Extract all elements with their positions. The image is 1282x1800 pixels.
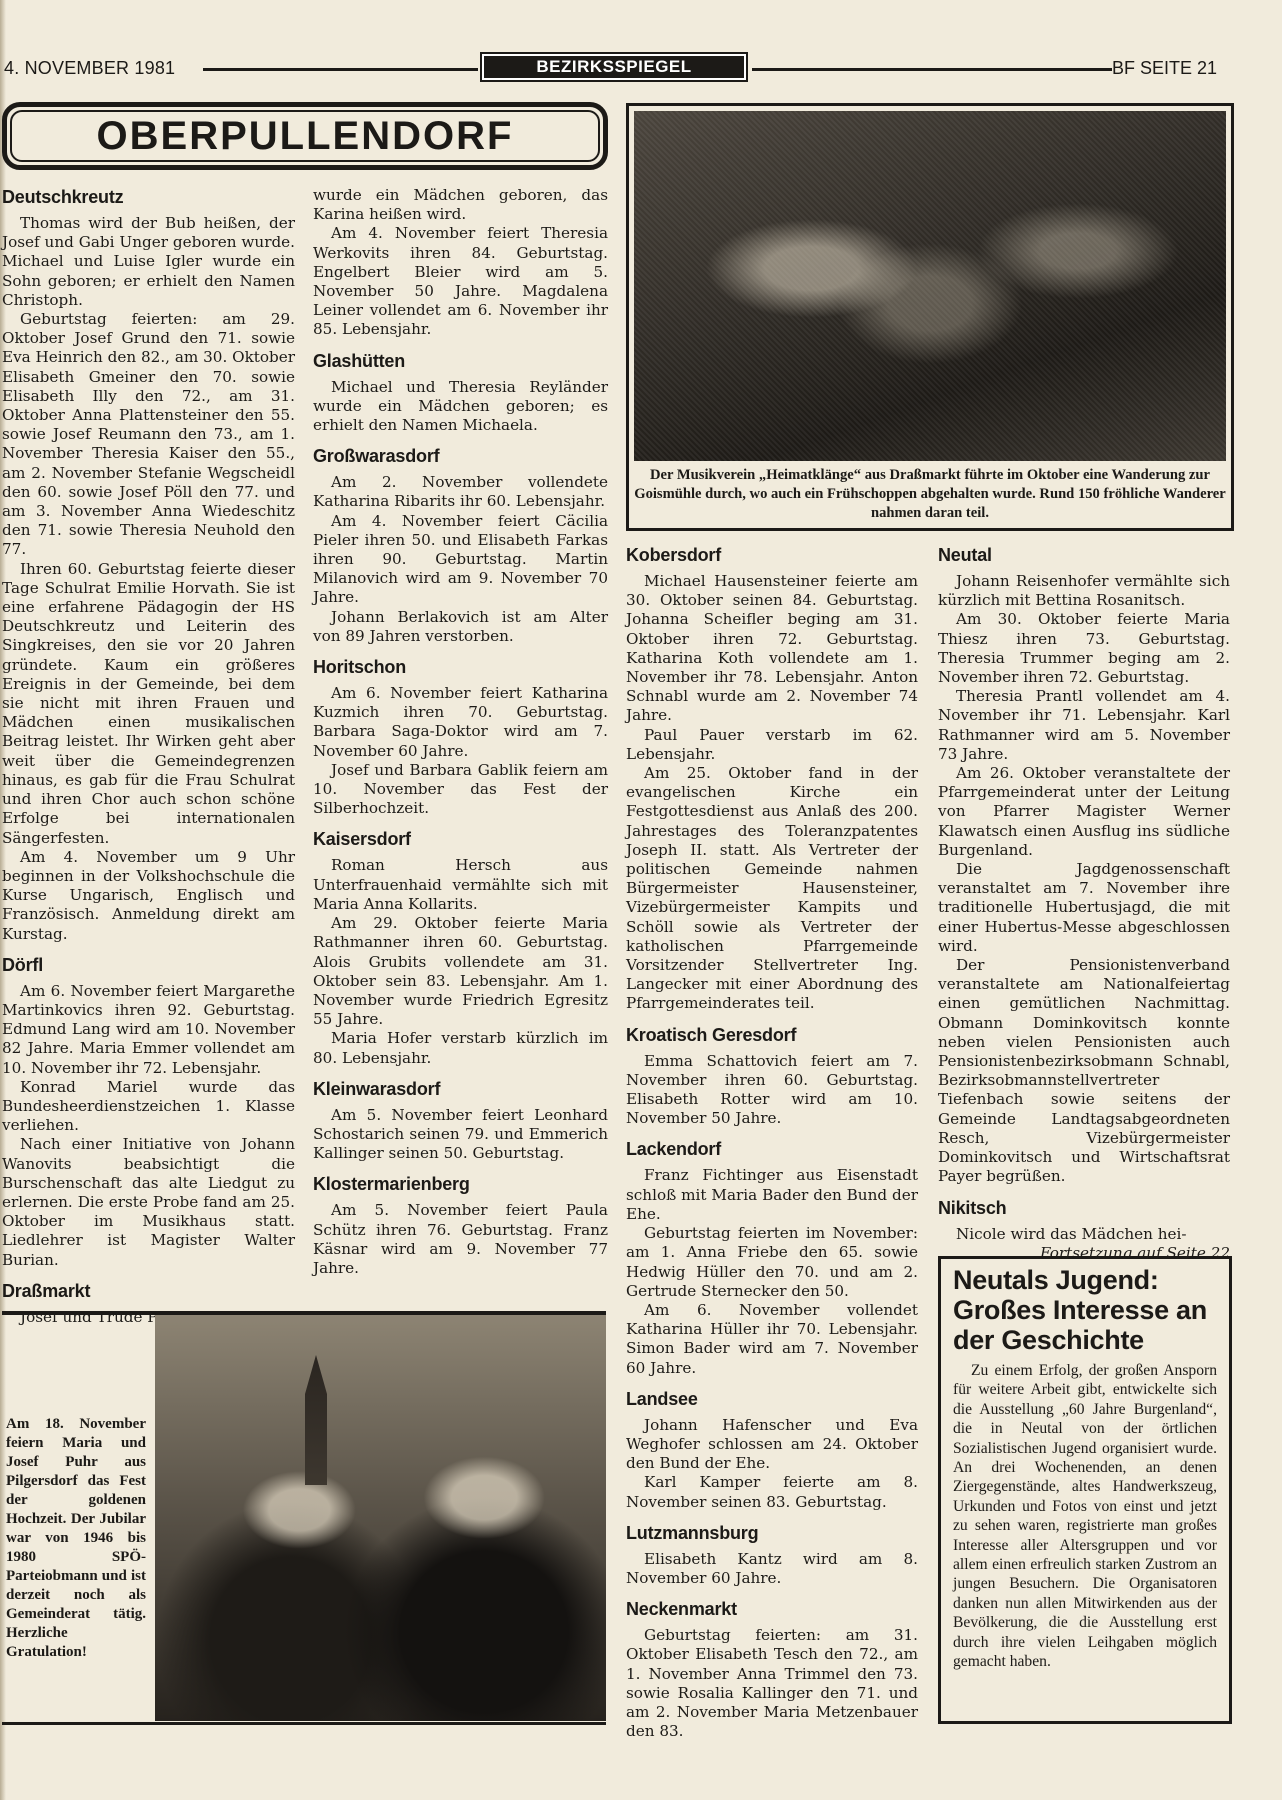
news-paragraph: Emma Schattovich feiert am 7. November i…	[626, 1052, 918, 1129]
town-heading: Kobersdorf	[626, 544, 918, 566]
town-heading: Großwarasdorf	[313, 445, 608, 467]
news-paragraph: Am 29. Oktober feierte Maria Rathmanner …	[313, 914, 608, 1029]
news-paragraph: Am 26. Oktober veranstaltete der Pfarrge…	[938, 764, 1230, 860]
news-paragraph: Theresia Prantl vollendet am 4. November…	[938, 687, 1230, 764]
column-4: NeutalJohann Reisenhofer vermählte sich …	[938, 544, 1230, 1263]
news-paragraph: Am 4. November um 9 Uhr beginnen in der …	[2, 848, 295, 944]
news-paragraph: Roman Hersch aus Unterfrauenhaid vermähl…	[313, 856, 608, 914]
news-paragraph: Die Jagdgenossenschaft veranstaltet am 7…	[938, 860, 1230, 956]
town-heading: Kroatisch Geresdorf	[626, 1024, 918, 1046]
town-heading: Horitschon	[313, 656, 608, 678]
news-paragraph: Geburtstag feierten im November: am 1. A…	[626, 1224, 918, 1301]
town-heading: Kleinwarasdorf	[313, 1078, 608, 1100]
town-heading: Neutal	[938, 544, 1230, 566]
news-paragraph: Johann Berlakovich ist am Alter von 89 J…	[313, 608, 608, 646]
town-heading: Landsee	[626, 1388, 918, 1410]
town-heading: Lackendorf	[626, 1138, 918, 1160]
news-paragraph: Am 4. November feiert Theresia Werkovits…	[313, 224, 608, 339]
news-paragraph: Am 6. November vollendet Katharina Hülle…	[626, 1301, 918, 1378]
boxed-article-headline: Neutals Jugend: Großes Interesse an der …	[953, 1265, 1217, 1355]
news-paragraph: Michael Hausensteiner feierte am 30. Okt…	[626, 572, 918, 726]
photo-hikers-group-icon	[634, 111, 1226, 461]
photo-top-frame: Der Musikverein „Heimatklänge“ aus Draßm…	[626, 103, 1234, 531]
news-paragraph: Geburtstag feierten: am 31. Oktober Elis…	[626, 1626, 918, 1741]
news-paragraph: Am 5. November feiert Leonhard Schostari…	[313, 1106, 608, 1164]
news-paragraph: Am 6. November feiert Katharina Kuzmich …	[313, 684, 608, 761]
photo-top-caption: Der Musikverein „Heimatklänge“ aus Draßm…	[634, 466, 1226, 523]
section-badge: BEZIRKSSPIEGEL	[480, 52, 748, 82]
region-title-box: OBERPULLENDORF	[2, 102, 608, 170]
town-heading: Neckenmarkt	[626, 1598, 918, 1620]
page-number: BF SEITE 21	[1112, 58, 1217, 79]
news-paragraph: Thomas wird der Bub heißen, der Josef un…	[2, 214, 295, 310]
town-heading: Draßmarkt	[2, 1280, 295, 1302]
column-2: wurde ein Mädchen geboren, das Karina he…	[313, 186, 608, 1278]
news-paragraph: Michael und Theresia Reyländer wurde ein…	[313, 378, 608, 436]
boxed-article-body: Zu einem Erfolg, der großen Ansporn für …	[953, 1361, 1217, 1672]
town-heading: Lutzmannsburg	[626, 1522, 918, 1544]
photo-bottom-caption: Am 18. November feiern Maria und Josef P…	[6, 1415, 146, 1662]
church-steeple-icon	[305, 1355, 327, 1485]
issue-date: 4. NOVEMBER 1981	[4, 58, 175, 79]
town-heading: Dörfl	[2, 954, 295, 976]
news-paragraph: Der Pensionistenverband veranstaltete am…	[938, 956, 1230, 1186]
region-title: OBERPULLENDORF	[10, 110, 600, 162]
town-heading: Nikitsch	[938, 1197, 1230, 1219]
news-paragraph: Maria Hofer verstarb kürzlich im 80. Leb…	[313, 1029, 608, 1067]
news-paragraph: Am 6. November feiert Margarethe Martink…	[2, 982, 295, 1078]
news-paragraph: Am 4. November feiert Cäcilia Pieler ihr…	[313, 512, 608, 608]
newspaper-page: 4. NOVEMBER 1981 BEZIRKSSPIEGEL BF SEITE…	[0, 0, 1282, 1800]
news-paragraph: wurde ein Mädchen geboren, das Karina he…	[313, 186, 608, 224]
news-paragraph: Johann Reisenhofer vermählte sich kürzli…	[938, 572, 1230, 610]
masthead-rule-right	[752, 68, 1112, 71]
column-3: KobersdorfMichael Hausensteiner feierte …	[626, 544, 918, 1741]
column-1: DeutschkreutzThomas wird der Bub heißen,…	[2, 186, 295, 1327]
news-paragraph: Elisabeth Kantz wird am 8. November 60 J…	[626, 1550, 918, 1588]
town-heading: Kaisersdorf	[313, 828, 608, 850]
news-paragraph: Am 30. Oktober feierte Maria Thiesz ihre…	[938, 610, 1230, 687]
boxed-article: Neutals Jugend: Großes Interesse an der …	[938, 1256, 1232, 1724]
news-paragraph: Nach einer Initiative von Johann Wanovit…	[2, 1135, 295, 1269]
news-paragraph: Franz Fichtinger aus Eisenstadt schloß m…	[626, 1166, 918, 1224]
town-heading: Deutschkreutz	[2, 186, 295, 208]
masthead-rule-left	[203, 68, 478, 71]
news-paragraph: Johann Hafenscher und Eva Weghofer schlo…	[626, 1416, 918, 1474]
news-paragraph: Konrad Mariel wurde das Bundesheerdienst…	[2, 1078, 295, 1136]
photo-bottom-frame: Am 18. November feiern Maria und Josef P…	[2, 1311, 606, 1725]
news-paragraph: Ihren 60. Geburtstag feierte dieser Tage…	[2, 560, 295, 848]
news-paragraph: Am 2. November vollendete Katharina Riba…	[313, 473, 608, 511]
town-heading: Klostermarienberg	[313, 1173, 608, 1195]
section-label: BEZIRKSSPIEGEL	[484, 56, 744, 78]
news-paragraph: Josef und Barbara Gablik feiern am 10. N…	[313, 761, 608, 819]
news-paragraph: Nicole wird das Mädchen hei-	[938, 1225, 1230, 1244]
news-paragraph: Paul Pauer verstarb im 62. Lebensjahr.	[626, 726, 918, 764]
news-paragraph: Karl Kamper feierte am 8. November seine…	[626, 1473, 918, 1511]
news-paragraph: Am 25. Oktober fand in der evangelischen…	[626, 764, 918, 1014]
news-paragraph: Geburtstag feierten: am 29. Oktober Jose…	[2, 310, 295, 560]
masthead: 4. NOVEMBER 1981 BEZIRKSSPIEGEL BF SEITE…	[0, 52, 1282, 84]
news-paragraph: Am 5. November feiert Paula Schütz ihren…	[313, 1201, 608, 1278]
town-heading: Glashütten	[313, 350, 608, 372]
photo-golden-wedding-couple-icon	[155, 1315, 606, 1721]
